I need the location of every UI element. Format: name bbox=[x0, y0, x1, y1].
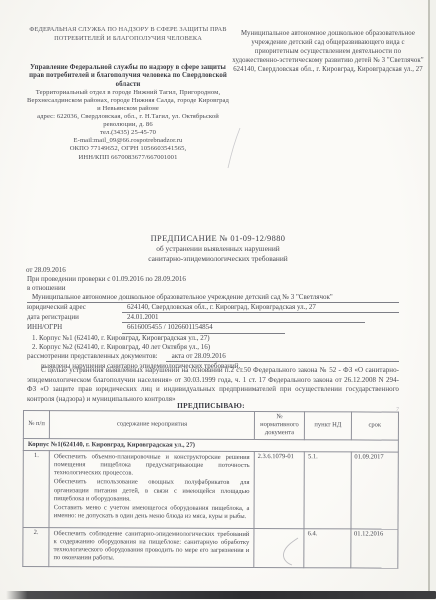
regarding-label: в отношении bbox=[27, 284, 399, 293]
issuer-phone: тел.(3435) 25-45-70 bbox=[27, 129, 229, 137]
regional-office-name: Управление Федеральной службы по надзору… bbox=[27, 64, 229, 89]
document-date: от 28.09.2016 bbox=[26, 266, 66, 274]
col-header-content: содержание мероприятия bbox=[50, 411, 255, 440]
building-2: 2. Корпус №2 (624140, г. Кировград, 40 л… bbox=[27, 343, 399, 352]
scanned-document-page: ФЕДЕРАЛЬНАЯ СЛУЖБА ПО НАДЗОРУ В СФЕРЕ ЗА… bbox=[0, 0, 436, 600]
inspected-organization: Муниципальное автономное дошкольное обра… bbox=[27, 293, 399, 303]
registration-date-value: 24.01.2001 bbox=[122, 313, 365, 323]
territorial-office: Территориальный отдел в городе Нижний Та… bbox=[27, 89, 229, 113]
letterhead-issuer: ФЕДЕРАЛЬНАЯ СЛУЖБА ПО НАДЗОРУ В СФЕРЕ ЗА… bbox=[27, 26, 229, 162]
col-header-num: № п/п bbox=[23, 411, 49, 439]
inn-ogrn-value: 6616005455 / 1026601154854 bbox=[122, 323, 285, 333]
col-header-norm-doc: № нормативного документа bbox=[254, 412, 305, 440]
issuer-inn-kpp: ИНН/КПП 6670083677/667001001 bbox=[27, 154, 229, 162]
inspection-period: При проведении проверки с 01.09.2016 по … bbox=[27, 275, 399, 284]
issuer-okpo-ogrn: ОКПО 77149652, ОГРН 1056603541565, bbox=[27, 145, 229, 153]
scanner-edge-shadow bbox=[6, 591, 436, 599]
table-row: 2. Обеспечить соблюдение санитарно-эпиде… bbox=[23, 527, 398, 568]
letterhead-addressee: Муниципальное автономное дошкольное обра… bbox=[232, 29, 424, 74]
inn-ogrn-row: ИНН/ОГРН 6616005455 / 1026601154854 bbox=[27, 323, 399, 333]
row2-content: Обеспечить соблюдение санитарно-эпидемио… bbox=[49, 527, 254, 567]
documents-value: акта от 28.09.2016 bbox=[166, 352, 399, 362]
case-details: При проведении проверки с 01.09.2016 по … bbox=[27, 275, 399, 371]
row1-norm-doc: 2.3.6.1079-01 bbox=[254, 451, 305, 528]
legal-basis-paragraph: С целью устранения выявленных нарушений … bbox=[27, 366, 399, 404]
documents-row: рассмотрении представленных документов: … bbox=[27, 352, 399, 362]
page-edge-margin bbox=[430, 0, 436, 592]
col-header-term: срок bbox=[351, 412, 399, 440]
table-header-row: № п/п содержание мероприятия № нормативн… bbox=[23, 411, 398, 440]
row1-measure-3: Составить меню с учетом имеющегося обору… bbox=[54, 504, 250, 521]
title-line3: санитарно-эпидемиологических требований bbox=[60, 254, 376, 264]
addressee-address: 624140, Свердловская обл., г. Кировград,… bbox=[232, 65, 424, 74]
inn-ogrn-label: ИНН/ОГРН bbox=[27, 323, 122, 332]
row2-clause: 6.4. bbox=[304, 529, 351, 568]
document-title: ПРЕДПИСАНИЕ № 01-09-12/9880 об устранени… bbox=[60, 234, 376, 263]
issuer-email: E-mail:mail_09@66.rospotrebnadzor.ru bbox=[27, 137, 229, 145]
page-edge-line bbox=[428, 0, 430, 592]
row2-number: 2. bbox=[23, 527, 49, 566]
row2-measure-1: Обеспечить соблюдение санитарно-эпидемио… bbox=[54, 530, 250, 564]
row1-measure-1: Обеспечить объемно-планировочные и конст… bbox=[54, 453, 250, 478]
row1-deadline: 01.09.2017 bbox=[351, 452, 399, 529]
registration-date-row: дата регистрации 24.01.2001 bbox=[27, 313, 399, 323]
row1-clause: 5.1. bbox=[304, 452, 351, 529]
title-line2: об устранении выявленных нарушений bbox=[60, 244, 376, 254]
row1-content: Обеспечить объемно-планировочные и конст… bbox=[49, 450, 254, 528]
table-row: 1. Обеспечить объемно-планировочные и ко… bbox=[23, 450, 398, 529]
row2-norm-doc bbox=[254, 528, 305, 567]
row1-measure-2: Обеспечить использование овощных полуфаб… bbox=[54, 479, 250, 504]
registration-date-label: дата регистрации bbox=[27, 313, 122, 322]
row2-deadline: 01.12.2016 bbox=[350, 529, 398, 568]
federal-service-name: ФЕДЕРАЛЬНАЯ СЛУЖБА ПО НАДЗОРУ В СФЕРЕ ЗА… bbox=[27, 26, 229, 43]
prescriptions-table: № п/п содержание мероприятия № нормативн… bbox=[22, 410, 399, 568]
addressee-organization: Муниципальное автономное дошкольное обра… bbox=[232, 29, 424, 65]
issuer-address: адрес: 622036, Свердловская, обл., г. Н.… bbox=[27, 113, 229, 129]
row1-number: 1. bbox=[23, 450, 50, 527]
building-1: 1. Корпус №1 (624140, г. Кировград, Киро… bbox=[27, 334, 399, 343]
legal-address-value: 624140, Свердловская обл., г. Кировград,… bbox=[122, 303, 399, 313]
order-heading: ПРЕДПИСЫВАЮ: bbox=[23, 401, 399, 410]
col-header-clause: пункт НД bbox=[305, 412, 351, 440]
documents-label: рассмотрении представленных документов: bbox=[27, 352, 158, 361]
title-number: ПРЕДПИСАНИЕ № 01-09-12/9880 bbox=[60, 234, 376, 244]
legal-address-label: юридический адрес bbox=[27, 303, 122, 312]
legal-address-row: юридический адрес 624140, Свердловская о… bbox=[27, 303, 399, 313]
